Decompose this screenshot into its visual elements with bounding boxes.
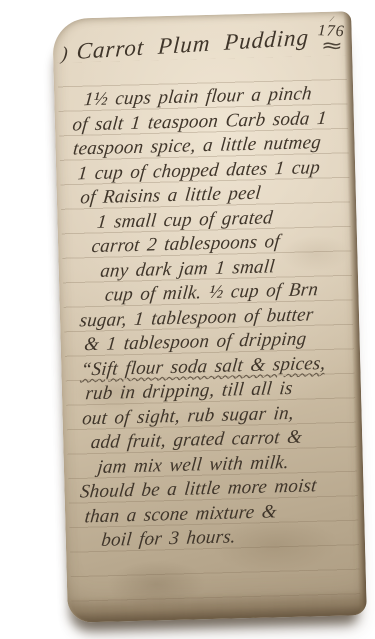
- photo-background: ) Carrot Plum Pudding / 176 ≈ 1½ cups pl…: [0, 0, 375, 639]
- notebook-page: ) Carrot Plum Pudding / 176 ≈ 1½ cups pl…: [52, 11, 367, 623]
- recipe-lines: 1½ cups plain flour a pinchof salt 1 tea…: [66, 81, 365, 554]
- margin-mark: ): [60, 43, 68, 66]
- page-number-block: / 176 ≈: [317, 15, 346, 51]
- stray-pencil-mark: +: [150, 534, 156, 545]
